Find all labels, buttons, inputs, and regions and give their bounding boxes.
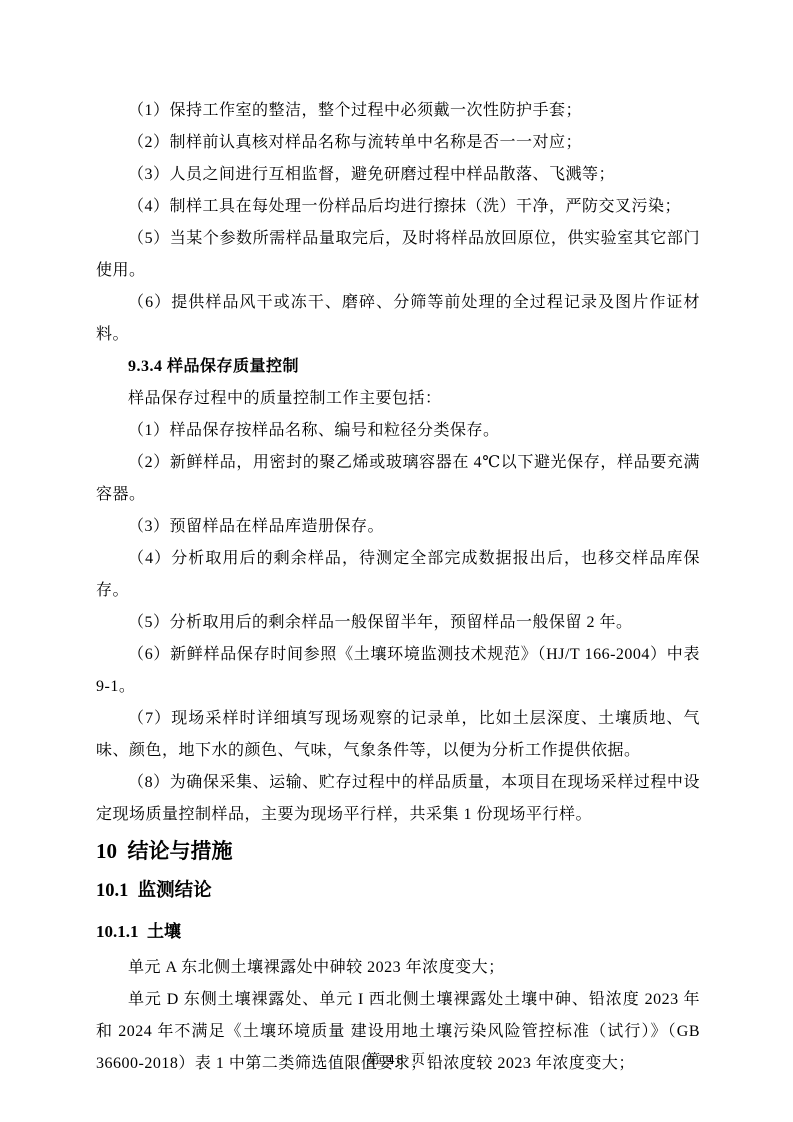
storage-qc-intro: 样品保存过程中的质量控制工作主要包括： [96,383,700,415]
storage-qc-item-5: （5）分析取用后的剩余样品一般保留半年，预留样品一般保留 2 年。 [96,607,700,639]
section-heading-9-3-4: 9.3.4 样品保存质量控制 [96,351,700,383]
heading-conclusions-and-measures: 10 结论与措施 [96,831,700,872]
prep-qc-item-1: （1）保持工作室的整洁，整个过程中必须戴一次性防护手套； [96,95,700,127]
prep-qc-item-5: （5）当某个参数所需样品量取完后，及时将样品放回原位，供实验室其它部门使用。 [96,223,700,287]
prep-qc-item-4: （4）制样工具在每处理一份样品后均进行擦抹（洗）干净，严防交叉污染； [96,191,700,223]
prep-qc-item-3: （3）人员之间进行互相监督，避免研磨过程中样品散落、飞溅等； [96,159,700,191]
storage-qc-item-4: （4）分析取用后的剩余样品，待测定全部完成数据报出后，也移交样品库保存。 [96,543,700,607]
storage-qc-item-6: （6）新鲜样品保存时间参照《土壤环境监测技术规范》（HJ/T 166-2004）… [96,639,700,703]
heading-monitoring-conclusions: 10.1 监测结论 [96,872,700,910]
storage-qc-item-3: （3）预留样品在样品库造册保存。 [96,511,700,543]
page-number: 第 48 页 [0,1051,793,1071]
soil-conclusion-1: 单元 A 东北侧土壤裸露处中砷较 2023 年浓度变大； [96,952,700,984]
prep-qc-item-2: （2）制样前认真核对样品名称与流转单中名称是否一一对应； [96,127,700,159]
storage-qc-item-1: （1）样品保存按样品名称、编号和粒径分类保存。 [96,415,700,447]
storage-qc-item-2: （2）新鲜样品，用密封的聚乙烯或玻璃容器在 4℃以下避光保存，样品要充满容器。 [96,447,700,511]
heading-soil: 10.1.1 土壤 [96,912,700,952]
prep-qc-item-6: （6）提供样品风干或冻干、磨碎、分筛等前处理的全过程记录及图片作证材料。 [96,287,700,351]
report-page: { "prep_qc": { "items": [ "（1）保持工作室的整洁，整… [0,0,793,1122]
page-content: （1）保持工作室的整洁，整个过程中必须戴一次性防护手套； （2）制样前认真核对样… [96,95,700,1080]
storage-qc-item-7: （7）现场采样时详细填写现场观察的记录单，比如土层深度、土壤质地、气味、颜色，地… [96,703,700,767]
storage-qc-item-8: （8）为确保采集、运输、贮存过程中的样品质量，本项目在现场采样过程中设定现场质量… [96,767,700,831]
